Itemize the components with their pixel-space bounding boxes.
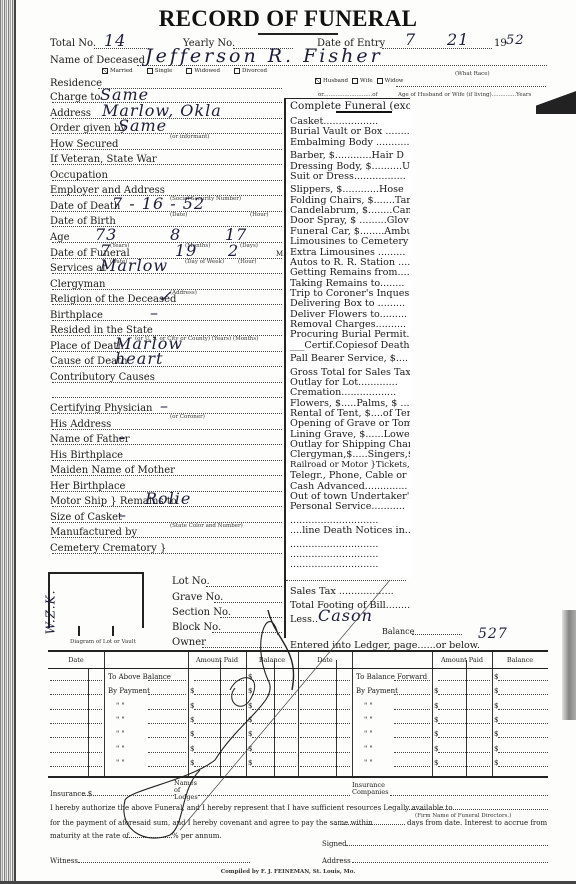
address-label: Address — [322, 855, 351, 867]
address-line[interactable] — [352, 862, 548, 863]
field-input-line[interactable] — [52, 429, 282, 430]
amount-paid-line[interactable] — [194, 694, 244, 695]
ledger-bottom-rule — [48, 776, 548, 778]
charge-item[interactable]: Extra Limousines ......... — [290, 247, 405, 258]
date-of-entry-line — [382, 48, 492, 49]
ledger-date-line[interactable] — [300, 680, 350, 681]
ledger-column-divider — [246, 652, 247, 776]
checkbox-label: Married — [110, 68, 133, 74]
funeral-hour-value: 2 — [228, 243, 239, 259]
ledger-desc-ditto: " " — [364, 730, 373, 738]
diagram-stem — [112, 626, 114, 636]
balance-value: 527 — [478, 626, 508, 642]
field-value: – — [118, 429, 127, 445]
insurance-label: Insurance $ — [50, 788, 92, 800]
ledger-desc-line[interactable] — [394, 752, 430, 753]
ledger-desc-line[interactable] — [394, 694, 430, 695]
amount-paid-line[interactable] — [438, 752, 490, 753]
field-value: ✓ — [158, 289, 172, 305]
amount-paid-line[interactable] — [194, 709, 244, 710]
ledger-date-line[interactable] — [300, 752, 350, 753]
field-input-line[interactable] — [52, 522, 282, 523]
amount-paid-line[interactable] — [194, 680, 244, 681]
charge-item[interactable]: Embalming Body ........... — [290, 137, 410, 148]
charge-item[interactable]: Flowers, $.....Palms, $ ... — [290, 398, 410, 409]
spouse-line — [396, 86, 546, 87]
diagram-caption: Diagram of Lot or Vault — [70, 639, 136, 645]
charges-panel: Complete Funeral (except out Casket.....… — [286, 98, 410, 578]
checkbox-icon — [234, 68, 240, 74]
amount-paid-line[interactable] — [438, 694, 490, 695]
ledger-desc-line[interactable] — [148, 766, 186, 767]
ledger-column-divider — [220, 660, 221, 776]
balance-line — [412, 634, 462, 635]
ledger-header-rule — [48, 668, 548, 669]
charge-item[interactable]: Deliver Flowers to......... — [290, 309, 407, 320]
charge-item[interactable]: Rental of Tent, $....of Temp — [290, 408, 410, 419]
balance-line[interactable] — [498, 752, 548, 753]
firm-line — [405, 809, 548, 810]
charge-item[interactable]: Outlay for Shipping Charges — [290, 439, 410, 450]
names-of-lodges-label: Names of Lodges — [174, 780, 198, 801]
ledger-column-divider — [466, 660, 467, 776]
ledger-column-divider — [298, 652, 299, 776]
amount-paid-line[interactable] — [438, 766, 490, 767]
field-value: – — [150, 305, 159, 321]
insurance-line — [82, 795, 174, 796]
payment-text: for the payment of aforesaid sum, and I … — [50, 817, 373, 829]
field-value: Same — [118, 118, 167, 134]
per-annum-text: % per annum. — [172, 830, 222, 842]
charge-item[interactable]: Cremation.................. — [290, 387, 396, 398]
ledger-desc-ditto: " " — [116, 716, 125, 724]
diagram-stem — [78, 626, 80, 636]
ledger-desc-ditto: " " — [364, 716, 373, 724]
amount-paid-line[interactable] — [438, 680, 490, 681]
balance-line[interactable] — [498, 766, 548, 767]
ledger-date-line[interactable] — [50, 723, 102, 724]
ledger-desc-line[interactable] — [394, 766, 430, 767]
witness-line[interactable] — [78, 862, 250, 863]
field-note: (Hour) — [250, 212, 269, 218]
field-input-line[interactable] — [52, 475, 282, 476]
marital-status-group: Married Single Widowed Divorced — [102, 68, 267, 74]
ledger-desc-line[interactable] — [148, 709, 186, 710]
ledger-date-line[interactable] — [50, 737, 102, 738]
ledger-column-divider — [104, 652, 105, 776]
funeral-day_of_week-value: 19 — [175, 243, 197, 259]
amount-paid-line[interactable] — [438, 737, 490, 738]
charge-item[interactable]: Opening of Grave or Tomb. — [290, 418, 410, 429]
amount-paid-line[interactable] — [194, 752, 244, 753]
balance-line[interactable] — [252, 680, 296, 681]
charge-item[interactable]: Clergyman,$.....Singers,$.. — [290, 449, 410, 460]
checkbox-label: Wife — [360, 78, 373, 84]
checkbox-wife[interactable]: Wife — [352, 78, 373, 84]
field-input-line[interactable] — [52, 226, 282, 227]
ledger-desc-ditto: " " — [364, 702, 373, 710]
field-value: heart — [115, 351, 163, 367]
lot-diagram — [48, 572, 144, 628]
field-input-line[interactable] — [52, 537, 282, 538]
checkbox-icon — [377, 78, 383, 84]
amount-paid-line[interactable] — [194, 766, 244, 767]
charge-item[interactable]: Gross Total for Sales Tax... — [290, 367, 410, 378]
ledger-column-header: Date — [298, 656, 352, 664]
funeral-day_of_week-note: (Day of Week) — [185, 259, 224, 265]
ledger-column-divider — [492, 652, 493, 776]
ledger-date-line[interactable] — [50, 709, 102, 710]
checkbox-label: Widowed — [194, 68, 220, 74]
ledger-desc-line[interactable] — [394, 680, 430, 681]
less-label: Less.. — [290, 614, 318, 626]
charge-item[interactable]: ............................. — [290, 559, 378, 570]
ledger-desc-line[interactable] — [394, 709, 430, 710]
field-note: (Date) — [170, 212, 187, 218]
ledger-desc-line[interactable] — [148, 723, 186, 724]
checkbox-icon — [186, 68, 192, 74]
ledger-date-line[interactable] — [50, 766, 102, 767]
charge-item[interactable]: Telegr., Phone, Cable or Radi — [290, 470, 410, 481]
owner-line — [202, 647, 282, 648]
charge-item[interactable]: Dressing Body, $..........U — [290, 161, 410, 172]
title-underline — [336, 111, 392, 113]
balance-line[interactable] — [498, 737, 548, 738]
ledger-desc-ditto: " " — [364, 745, 373, 753]
checkbox-icon — [147, 68, 153, 74]
owner-label: Owner — [172, 637, 206, 649]
charge-item[interactable]: ___Certif.Copiesof Death Cer — [290, 340, 410, 351]
balance-line[interactable] — [498, 723, 548, 724]
charge-item[interactable]: Door Spray, $ .........Glov — [290, 215, 409, 226]
checkbox-label: Widow — [385, 78, 404, 84]
ledger-date-line[interactable] — [300, 709, 350, 710]
field-input-line[interactable] — [52, 444, 282, 445]
balance-line[interactable] — [498, 680, 548, 681]
checkbox-label: Divorced — [242, 68, 267, 74]
field-note: (or informant) — [170, 134, 210, 140]
charge-item[interactable]: Folding Chairs, $.......Tarp — [290, 195, 410, 206]
checkbox-icon — [352, 78, 358, 84]
ledger-column-header: Balance — [492, 656, 548, 664]
charge-item[interactable]: Taking Remains to........ — [290, 278, 404, 289]
charge-item[interactable]: Autos to R. R. Station ...... — [290, 257, 410, 268]
title-underline — [258, 33, 338, 35]
residence-label: Residence — [50, 78, 102, 90]
date-entry-year: 52 — [506, 33, 525, 49]
charge-item[interactable]: Trip to Coroner's Inquest .. — [290, 288, 410, 299]
charge-item[interactable]: Limousines to Cemetery .... — [290, 236, 410, 247]
field-input-line[interactable] — [52, 366, 282, 367]
ledger-date-line[interactable] — [300, 694, 350, 695]
field-note: (State Color and Number) — [170, 523, 243, 529]
charge-item[interactable]: Burial Vault or Box ........ — [290, 126, 410, 137]
ledger-desc-ditto: " " — [364, 759, 373, 767]
charge-item[interactable]: Getting Remains from...... — [290, 267, 410, 278]
signed-label: Signed — [322, 838, 347, 850]
ledger-desc-ditto: " " — [116, 730, 125, 738]
lot-no-label: Lot No. — [172, 576, 210, 588]
checkbox-icon — [315, 78, 321, 84]
lot-no-line — [206, 586, 282, 587]
amount-paid-line[interactable] — [438, 723, 490, 724]
insurance-companies-label: Insurance Companies — [352, 782, 392, 796]
charge-item[interactable]: Casket.................. — [290, 116, 378, 127]
field-note: (or Coroner) — [170, 414, 205, 420]
age-spouse-note: Age of Husband or Wife (if living)......… — [398, 92, 531, 98]
charge-item[interactable]: Barber, $............Hair D — [290, 150, 404, 161]
ledger-column-divider — [274, 660, 275, 776]
charge-item[interactable]: ....line Death Notices in... — [290, 525, 410, 536]
charge-item[interactable]: Suit or Dress................. — [290, 171, 406, 182]
charge-item[interactable]: Candelabrum, $........Can- — [290, 205, 410, 216]
name-value: Jefferson R. Fisher — [145, 48, 383, 64]
ledger-date-line[interactable] — [50, 694, 102, 695]
field-value: – — [160, 398, 169, 414]
balance-line[interactable] — [252, 766, 296, 767]
ledger-desc-line[interactable] — [148, 752, 186, 753]
charge-item[interactable]: ............................. — [290, 539, 378, 550]
days-text: days from date. Interest to accrue from — [407, 817, 547, 829]
ledger-desc-line[interactable] — [148, 694, 186, 695]
grave-no-line — [214, 602, 282, 603]
charge-item[interactable]: Pall Bearer Service, $.... Us — [290, 353, 410, 364]
rate-line — [126, 837, 172, 838]
charges-line — [286, 580, 406, 581]
charge-item[interactable]: Outlay for Lot............. — [290, 377, 398, 388]
charge-item[interactable]: Removal Charges.......... — [290, 319, 406, 330]
ledger-date-line[interactable] — [300, 723, 350, 724]
funeral-hour-note: (Hour) — [238, 259, 257, 265]
total-no-value: 14 — [104, 33, 126, 49]
field-input-line[interactable] — [52, 164, 282, 165]
field-input-line[interactable] — [52, 149, 282, 150]
section-no-line — [220, 617, 282, 618]
checkbox-divorced[interactable]: Divorced — [234, 68, 267, 74]
balance-line[interactable] — [498, 694, 548, 695]
balance-line[interactable] — [252, 752, 296, 753]
charge-item[interactable]: ............................. — [290, 549, 378, 560]
ledger-column-header: Amount Paid — [188, 656, 246, 664]
lodges-line — [198, 795, 350, 796]
amount-paid-line[interactable] — [194, 737, 244, 738]
charge-item[interactable]: Funeral Car, $........Ambu — [290, 226, 410, 237]
compiled-by-credit: Compiled by F. J. FEINEMAN, St. Louis, M… — [0, 869, 576, 875]
checkbox-label: Husband — [323, 78, 348, 84]
charge-item[interactable]: Slippers, $............Hose — [290, 184, 404, 195]
ledger-desc-line[interactable] — [148, 737, 186, 738]
ledger-column-header: Amount Paid — [432, 656, 492, 664]
checkbox-husband[interactable]: Husband — [315, 78, 348, 84]
balance-line[interactable] — [252, 694, 296, 695]
ledger-column-header: Balance — [246, 656, 298, 664]
ledger-date-line[interactable] — [50, 680, 102, 681]
field-value: 7 - 16 - 52 — [112, 196, 205, 212]
date-entry-year-prefix: 19 — [494, 38, 507, 50]
amount-paid-line[interactable] — [194, 723, 244, 724]
ledger-desc: By Payment — [356, 687, 398, 695]
total-no-label: Total No. — [50, 38, 96, 50]
days-line — [335, 824, 405, 825]
ledger-desc-ditto: " " — [116, 745, 125, 753]
age-days-note: (Days) — [240, 243, 258, 249]
document-title: RECORD OF FUNERAL — [0, 6, 576, 32]
margin-note: W.Z.K. — [42, 590, 58, 635]
ledger-column-divider — [336, 660, 337, 776]
companies-line — [390, 795, 548, 796]
name-label: Name of Deceased — [50, 55, 145, 67]
witness-label: Witness — [50, 855, 78, 867]
charge-item[interactable]: ............................. — [290, 515, 378, 526]
ledger-column-divider — [188, 652, 189, 776]
ledger-desc: By Payment — [108, 687, 150, 695]
checkbox-married[interactable]: Married — [102, 68, 133, 74]
ledger-desc-line[interactable] — [394, 723, 430, 724]
date-entry-day: 21 — [447, 32, 469, 48]
balance-line[interactable] — [252, 709, 296, 710]
field-value: Rolie — [145, 491, 191, 507]
field-input-line[interactable] — [52, 460, 282, 461]
scan-edge — [0, 0, 14, 884]
field-value: Marlow — [100, 258, 168, 274]
checkbox-single[interactable]: Single — [147, 68, 173, 74]
ledger-date-line[interactable] — [300, 766, 350, 767]
ledger-date-line[interactable] — [300, 737, 350, 738]
charge-item[interactable]: Delivering Box to ......... — [290, 298, 405, 309]
checkbox-widowed[interactable]: Widowed — [186, 68, 220, 74]
date-entry-month: 7 — [405, 32, 416, 48]
ledger-desc-ditto: " " — [116, 759, 125, 767]
ledger-desc-ditto: " " — [116, 702, 125, 710]
maturity-text: maturity at the rate of — [50, 830, 129, 842]
charge-item[interactable]: Lining Grave, $......Lower — [290, 429, 410, 440]
what-race-note: (What Race) — [455, 71, 490, 77]
balance-line[interactable] — [498, 709, 548, 710]
checkbox-widow[interactable]: Widow — [377, 78, 404, 84]
less-value: Cason — [318, 608, 373, 624]
ledger-column-divider — [432, 652, 433, 776]
authorize-text: I hereby authorize the above Funeral, an… — [50, 802, 453, 814]
balance-line[interactable] — [252, 737, 296, 738]
charge-item[interactable]: Railroad or Motor }Tickets, $........ — [290, 460, 410, 471]
checkbox-label: Single — [155, 68, 173, 74]
block-no-line — [212, 632, 282, 633]
field-input-line[interactable] — [52, 553, 282, 554]
field-input-line[interactable] — [52, 180, 282, 181]
scan-artifact — [562, 610, 576, 720]
ledger-desc-line[interactable] — [394, 737, 430, 738]
scan-artifact — [536, 90, 576, 114]
charge-item[interactable]: Out of town Undertaker's Cl — [290, 491, 410, 502]
signed-line[interactable] — [346, 845, 548, 846]
charge-item[interactable]: Personal Service........... — [290, 501, 405, 512]
ledger-column-header: Date — [48, 656, 104, 664]
field-input-line[interactable] — [52, 320, 282, 321]
sales-tax-label: Sales Tax .................. — [290, 586, 394, 598]
charge-item[interactable]: Cash Advanced.............. — [290, 481, 408, 492]
ledger-desc-line[interactable] — [148, 680, 186, 681]
field-value: – — [118, 507, 127, 523]
charge-item[interactable]: Procuring Burial Permit.... — [290, 329, 410, 340]
amount-paid-line[interactable] — [438, 709, 490, 710]
scan-edge-line — [14, 0, 16, 884]
checkbox-icon — [102, 68, 108, 74]
balance-line[interactable] — [252, 723, 296, 724]
ledger-column-divider — [352, 652, 353, 776]
balance-label: Balance — [382, 626, 414, 638]
spouse-group: Husband Wife Widow — [315, 78, 404, 84]
field-input-line[interactable] — [52, 382, 282, 383]
ledger-date-line[interactable] — [50, 752, 102, 753]
